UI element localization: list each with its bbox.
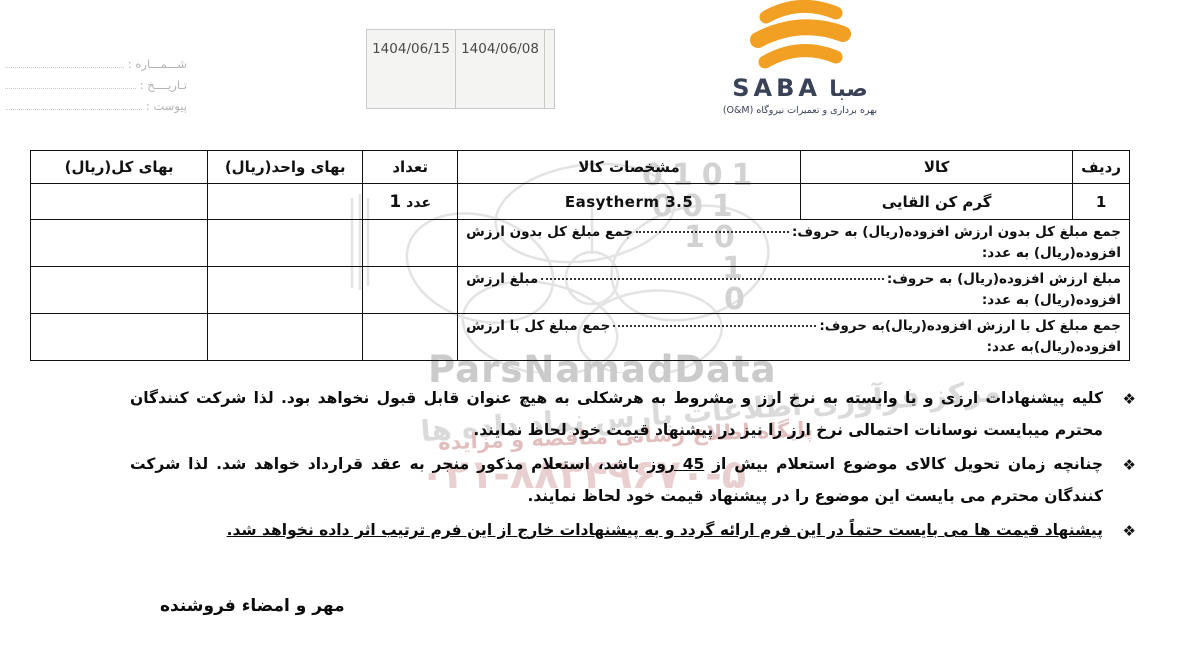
item-spec-cell: Easytherm 3.5 <box>458 184 801 220</box>
item-total-price-cell <box>31 184 208 220</box>
empty-unit-price-cell <box>208 220 363 267</box>
table-header-row: ردیف کالا مشخصات کالا تعداد بهای واحد(ری… <box>31 151 1130 184</box>
header-row-number: ردیف <box>1073 151 1130 184</box>
empty-total-price-cell <box>31 314 208 361</box>
date-field: تـاریــــخ : <box>5 78 187 99</box>
total-with-vat-tail: جمع مبلغ کل با ارزش <box>466 316 610 337</box>
empty-qty-cell <box>363 220 458 267</box>
total-without-vat-digits-label: افزوده(ریال) به عدد: <box>466 243 1121 264</box>
total-with-vat-cell: جمع مبلغ کل با ارزش افزوده(ریال)به حروف:… <box>458 314 1130 361</box>
item-row: 1 گرم کن القایی Easytherm 3.5 1 عدد <box>31 184 1130 220</box>
attachment-field: پیوست : <box>5 99 187 120</box>
term-currency-offers: ❖ کلیه پیشنهادات ارزی و یا وابسته به نرخ… <box>130 383 1136 446</box>
empty-qty-cell <box>363 267 458 314</box>
vat-amount-tail: مبلغ ارزش <box>466 269 538 290</box>
term-delivery-pre: چنانچه زمان تحویل کالای موضوع استعلام بی… <box>704 455 1103 473</box>
total-with-vat-row: جمع مبلغ کل با ارزش افزوده(ریال)به حروف:… <box>31 314 1130 361</box>
term-delivery-days: 45 روز <box>647 455 704 473</box>
total-with-vat-words-label: جمع مبلغ کل با ارزش افزوده(ریال)به حروف: <box>819 316 1121 337</box>
empty-total-price-cell <box>31 267 208 314</box>
diamond-bullet-icon: ❖ <box>1123 450 1136 482</box>
fill-in-dots <box>636 231 789 233</box>
diamond-bullet-icon: ❖ <box>1123 516 1136 548</box>
number-fill-line <box>5 67 124 68</box>
term-currency-offers-text: کلیه پیشنهادات ارزی و یا وابسته به نرخ ا… <box>130 389 1103 439</box>
item-index-cell: 1 <box>1073 184 1130 220</box>
term-delivery-time: ❖ چنانچه زمان تحویل کالای موضوع استعلام … <box>130 449 1136 512</box>
items-table: ردیف کالا مشخصات کالا تعداد بهای واحد(ری… <box>30 150 1130 361</box>
saba-swirl-icon <box>738 0 863 76</box>
qty-number: 1 <box>389 192 401 212</box>
fill-in-dots <box>613 325 816 327</box>
vat-amount-digits-label: افزوده(ریال) به عدد: <box>466 290 1121 311</box>
header-spec: مشخصات کالا <box>458 151 801 184</box>
number-label: شـــمـــاره : <box>128 57 187 71</box>
empty-total-price-cell <box>31 220 208 267</box>
header-qty: تعداد <box>363 151 458 184</box>
seller-signature-label: مهر و امضاء فروشنده <box>160 596 345 616</box>
term-form-required-text: پیشنهاد قیمت ها می بایست حتماً در این فر… <box>227 521 1103 539</box>
saba-wordmark: صبا SABA <box>700 76 900 102</box>
saba-wordmark-latin: SABA <box>732 74 821 102</box>
total-without-vat-row: جمع مبلغ کل بدون ارزش افزوده(ریال) به حر… <box>31 220 1130 267</box>
date-cell-issue: 1404/06/08 <box>455 29 545 109</box>
header-item: کالا <box>801 151 1073 184</box>
date-cell-deadline: 1404/06/15 <box>366 29 456 109</box>
saba-subtitle: بهره برداری و تعمیرات نیروگاه (O&M) <box>700 105 900 116</box>
header-total-price: بهای کل(ریال) <box>31 151 208 184</box>
date-boxes: 1404/06/15 1404/06/08 <box>367 29 555 109</box>
item-qty-cell: 1 عدد <box>363 184 458 220</box>
saba-logo: صبا SABA بهره برداری و تعمیرات نیروگاه (… <box>700 0 900 116</box>
fill-in-dots <box>541 278 884 280</box>
total-without-vat-words-label: جمع مبلغ کل بدون ارزش افزوده(ریال) به حر… <box>792 222 1121 243</box>
total-with-vat-digits-label: افزوده(ریال)به عدد: <box>466 337 1121 358</box>
total-without-vat-cell: جمع مبلغ کل بدون ارزش افزوده(ریال) به حر… <box>458 220 1130 267</box>
item-name-cell: گرم کن القایی <box>801 184 1073 220</box>
total-without-vat-tail: جمع مبلغ کل بدون ارزش <box>466 222 633 243</box>
header-unit-price: بهای واحد(ریال) <box>208 151 363 184</box>
vat-amount-cell: مبلغ ارزش افزوده(ریال) به حروف: مبلغ ارز… <box>458 267 1130 314</box>
empty-qty-cell <box>363 314 458 361</box>
vat-amount-row: مبلغ ارزش افزوده(ریال) به حروف: مبلغ ارز… <box>31 267 1130 314</box>
empty-unit-price-cell <box>208 267 363 314</box>
number-field: شـــمـــاره : <box>5 57 187 78</box>
date-fill-line <box>5 88 136 89</box>
document-meta-fields: شـــمـــاره : تـاریــــخ : پیوست : <box>5 57 187 120</box>
qty-unit: عدد <box>406 195 431 211</box>
date-cell-spacer <box>544 29 555 109</box>
empty-unit-price-cell <box>208 314 363 361</box>
item-unit-price-cell <box>208 184 363 220</box>
tender-inquiry-form: 0101 001 10 1 0 ParsNamadData مرکز فرآور… <box>0 0 1184 666</box>
date-label: تـاریــــخ : <box>140 78 187 92</box>
terms-list: ❖ کلیه پیشنهادات ارزی و یا وابسته به نرخ… <box>130 383 1136 550</box>
vat-amount-words-label: مبلغ ارزش افزوده(ریال) به حروف: <box>887 269 1121 290</box>
saba-wordmark-farsi: صبا <box>829 77 868 102</box>
term-form-required: ❖ پیشنهاد قیمت ها می بایست حتماً در این … <box>130 515 1136 547</box>
attachment-fill-line <box>5 109 142 110</box>
attachment-label: پیوست : <box>146 99 187 113</box>
diamond-bullet-icon: ❖ <box>1123 384 1136 416</box>
